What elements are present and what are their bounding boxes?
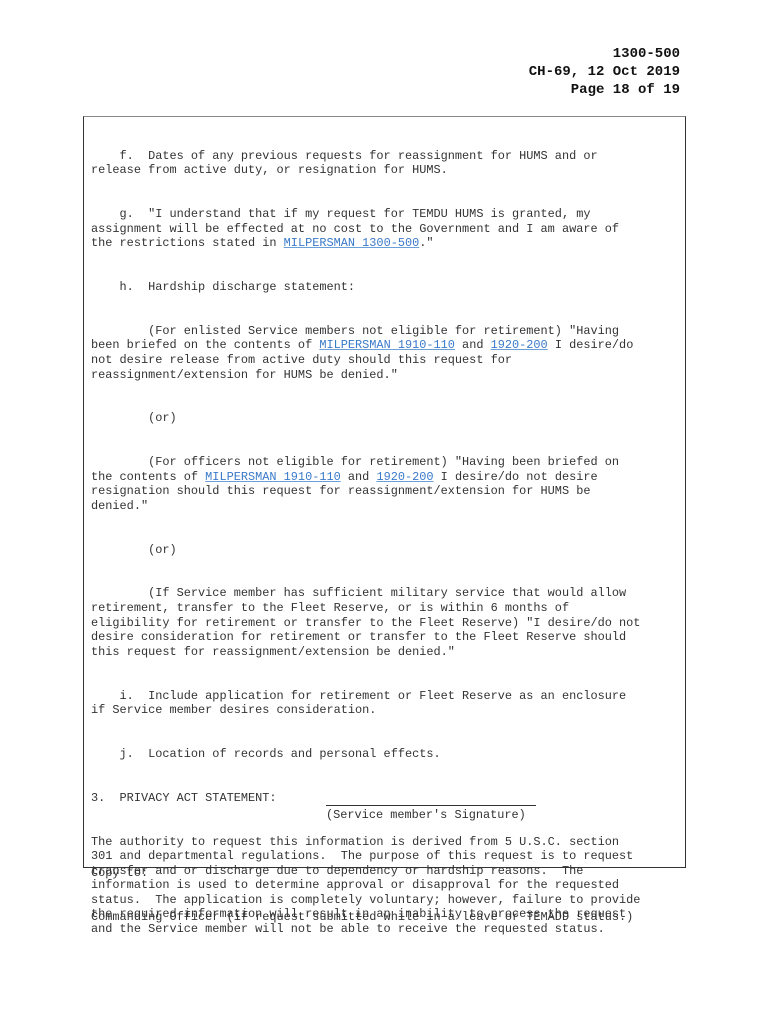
item-h-heading: h. Hardship discharge statement:	[91, 280, 681, 295]
item-h-retirement: (If Service member has sufficient milita…	[91, 586, 681, 659]
or-separator: (or)	[91, 411, 681, 426]
link-milpersman-1910-110[interactable]: MILPERSMAN 1910-110	[319, 338, 455, 352]
link-1920-200[interactable]: 1920-200	[376, 470, 433, 484]
item-i: i. Include application for retirement or…	[91, 689, 681, 718]
or-separator: (or)	[91, 543, 681, 558]
page-number: Page 18 of 19	[529, 81, 680, 99]
signature-label: (Service member's Signature)	[326, 808, 526, 823]
privacy-heading: 3. PRIVACY ACT STATEMENT:	[91, 791, 681, 806]
item-j: j. Location of records and personal effe…	[91, 747, 681, 762]
item-g: g. "I understand that if my request for …	[91, 207, 681, 251]
copy-to-label: Copy to:	[91, 866, 633, 881]
item-h-enlisted: (For enlisted Service members not eligib…	[91, 324, 681, 382]
link-milpersman-1910-110[interactable]: MILPERSMAN 1910-110	[205, 470, 341, 484]
copy-to: Copy to: Commanding Officer (if request …	[91, 837, 633, 954]
item-f: f. Dates of any previous requests for re…	[91, 149, 681, 178]
form-box: f. Dates of any previous requests for re…	[83, 116, 686, 868]
link-milpersman-1300-500[interactable]: MILPERSMAN 1300-500	[284, 236, 420, 250]
document-header: 1300-500 CH-69, 12 Oct 2019 Page 18 of 1…	[529, 45, 680, 99]
doc-number: 1300-500	[529, 45, 680, 63]
change-date: CH-69, 12 Oct 2019	[529, 63, 680, 81]
copy-to-recipient: Commanding Officer (if request submitted…	[91, 910, 633, 925]
item-h-officers: (For officers not eligible for retiremen…	[91, 455, 681, 513]
signature-line	[326, 805, 536, 806]
link-1920-200[interactable]: 1920-200	[491, 338, 548, 352]
